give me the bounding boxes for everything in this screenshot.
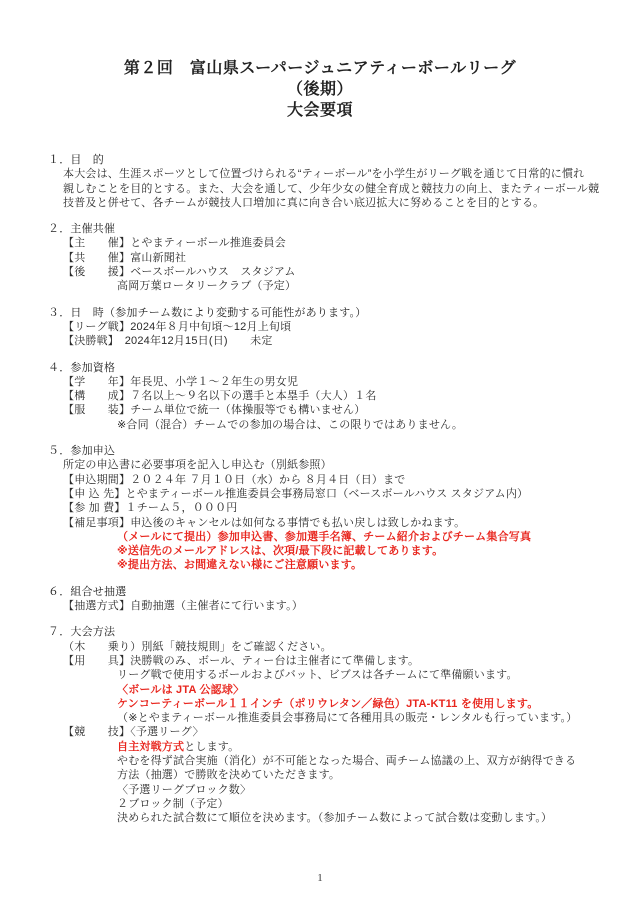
document-page: 第２回 富山県スーパージュニアティーボールリーグ （後期） 大会要項 １．目 的… — [0, 0, 640, 906]
section-heading: ２．主催共催 — [0, 222, 640, 236]
section-heading: １．目 的 — [0, 153, 640, 167]
section-heading: ４．参加資格 — [0, 361, 640, 375]
text-segment: 【参 加 費】１チーム５，０００円 — [63, 502, 238, 514]
text-line: 【リーグ戦】2024年８月中旬頃～12月上旬頃 — [0, 320, 640, 334]
text-line: 本大会は、生涯スポーツとして位置づけられる“ティーボール”を小学生がリーグ戦を通… — [0, 167, 640, 181]
section-heading: ３．日 時（参加チーム数により変動する可能性があります。） — [0, 306, 640, 320]
section-heading: ５．参加申込 — [0, 444, 640, 458]
text-line: （※とやまティーボール推進委員会事務局にて各種用具の販売・レンタルも行っています… — [0, 711, 640, 725]
red-emphasis-text: ※送信先のメールアドレスは、次項/最下段に記載してあります。 — [117, 545, 443, 557]
text-segment: やむを得ず試合実施（消化）が不可能となった場合、両チーム協議の上、双方が納得でき… — [117, 755, 576, 767]
text-line: リーグ戦で使用するボールおよびバット、ビブスは各チームにて準備願います。 — [0, 668, 640, 682]
section-heading: ６．組合せ抽選 — [0, 585, 640, 599]
text-line: 【申込期間】２０２４年 ７月１０日（水）から ８月４日（日）まで — [0, 473, 640, 487]
text-line: 【決勝戦】 2024年12月15日(日) 未定 — [0, 334, 640, 348]
text-line: 技普及と併せて、各チームが競技人口増加に真に向き合い底辺拡大に努めることを目的と… — [0, 196, 640, 210]
text-segment: 【後 援】ベースボールハウス スタジアム — [63, 266, 296, 278]
text-line: 方法（抽選）で勝敗を決めていただきます。 — [0, 768, 640, 782]
text-segment: （木 乗り）別紙「競技規則」をご確認ください。 — [63, 641, 332, 653]
text-line: ※提出方法、お間違えない様にご注意願います。 — [0, 558, 640, 572]
text-line: ２ブロック制（予定） — [0, 797, 640, 811]
text-line: 【後 援】ベースボールハウス スタジアム — [0, 265, 640, 279]
red-emphasis-text: 〈ボールは JTA 公認球〉 — [117, 684, 244, 696]
text-line: ※送信先のメールアドレスは、次項/最下段に記載してあります。 — [0, 544, 640, 558]
red-emphasis-text: 自主対戦方式 — [117, 741, 184, 753]
text-line: 【学 年】年長児、小学１～２年生の男女児 — [0, 375, 640, 389]
text-segment: 【用 具】決勝戦のみ、ボール、ティー台は主催者にて準備します。 — [63, 655, 419, 667]
text-line: 決められた試合数にて順位を決めます。（参加チーム数によって試合数は変動します。） — [0, 811, 640, 825]
text-line: やむを得ず試合実施（消化）が不可能となった場合、両チーム協議の上、双方が納得でき… — [0, 754, 640, 768]
text-line: 【共 催】富山新聞社 — [0, 251, 640, 265]
document-title: 第２回 富山県スーパージュニアティーボールリーグ （後期） 大会要項 — [0, 58, 640, 121]
text-segment: 高岡万葉ロータリークラブ（予定） — [117, 280, 296, 292]
text-line: 【競 技】〈予選リーグ〉 — [0, 725, 640, 739]
text-segment: ３．日 時（参加チーム数により変動する可能性があります。） — [48, 307, 366, 319]
text-segment: 【共 催】富山新聞社 — [63, 252, 186, 264]
text-line: ※合同（混合）チームでの参加の場合は、この限りではありません。 — [0, 418, 640, 432]
text-line: 所定の申込書に必要事項を記入し申込む（別紙参照） — [0, 458, 640, 472]
text-line: 【構 成】７名以上～９名以下の選手と本塁手（大人）１名 — [0, 389, 640, 403]
text-line: （メールにて提出）参加申込書、参加選手名簿、チーム紹介およびチーム集合写真 — [0, 530, 640, 544]
text-line: 【申 込 先】とやまティーボール推進委員会事務局窓口（ベースボールハウス スタジ… — [0, 487, 640, 501]
text-segment: ６．組合せ抽選 — [48, 586, 126, 598]
text-segment: 【リーグ戦】2024年８月中旬頃～12月上旬頃 — [63, 321, 291, 333]
text-segment: 決められた試合数にて順位を決めます。（参加チーム数によって試合数は変動します。） — [117, 812, 552, 824]
document-body: １．目 的本大会は、生涯スポーツとして位置づけられる“ティーボール”を小学生がリ… — [0, 153, 640, 825]
red-emphasis-text: ケンコーティーボール１１インチ（ポリウレタン／緑色）JTA-KT11 を使用しま… — [117, 698, 538, 710]
text-segment: １．目 的 — [48, 154, 104, 166]
text-segment: ４．参加資格 — [48, 362, 115, 374]
text-segment: ２．主催共催 — [48, 223, 115, 235]
text-line: 〈ボールは JTA 公認球〉 — [0, 683, 640, 697]
text-segment: 〈予選リーグブロック数〉 — [117, 784, 251, 796]
title-line-1: 第２回 富山県スーパージュニアティーボールリーグ — [0, 58, 640, 79]
text-segment: ５．参加申込 — [48, 445, 115, 457]
text-line: 【主 催】とやまティーボール推進委員会 — [0, 236, 640, 250]
text-segment: 【服 装】チーム単位で統一（体操服等でも構いません） — [63, 404, 365, 416]
text-line: 【参 加 費】１チーム５，０００円 — [0, 501, 640, 515]
text-line: 【用 具】決勝戦のみ、ボール、ティー台は主催者にて準備します。 — [0, 654, 640, 668]
text-segment: 親しむことを目的とする。また、大会を通して、少年少女の健全育成と競技力の向上、ま… — [63, 183, 599, 195]
text-segment: 【補足事項】申込後のキャンセルは如何なる事情でも払い戻しは致しかねます。 — [63, 517, 465, 529]
text-segment: 【構 成】７名以上～９名以下の選手と本塁手（大人）１名 — [63, 390, 377, 402]
page-number: 1 — [0, 872, 640, 884]
red-emphasis-text: ※提出方法、お間違えない様にご注意願います。 — [117, 559, 362, 571]
text-segment: （※とやまティーボール推進委員会事務局にて各種用具の販売・レンタルも行っています… — [117, 712, 577, 724]
text-segment: ※合同（混合）チームでの参加の場合は、この限りではありません。 — [117, 419, 463, 431]
text-line: 【抽選方式】自動抽選（主催者にて行います。） — [0, 599, 640, 613]
text-segment: 本大会は、生涯スポーツとして位置づけられる“ティーボール”を小学生がリーグ戦を通… — [63, 168, 584, 180]
text-segment: 方法（抽選）で勝敗を決めていただきます。 — [117, 769, 340, 781]
text-segment: 【学 年】年長児、小学１～２年生の男女児 — [63, 376, 298, 388]
text-segment: ２ブロック制（予定） — [117, 798, 229, 810]
text-line: 高岡万葉ロータリークラブ（予定） — [0, 279, 640, 293]
text-segment: 【競 技】〈予選リーグ〉 — [63, 726, 204, 738]
section-heading: ７．大会方法 — [0, 625, 640, 639]
text-line: 親しむことを目的とする。また、大会を通して、少年少女の健全育成と競技力の向上、ま… — [0, 182, 640, 196]
text-segment: 【主 催】とやまティーボール推進委員会 — [63, 237, 286, 249]
text-segment: とします。 — [184, 741, 239, 753]
text-line: 【補足事項】申込後のキャンセルは如何なる事情でも払い戻しは致しかねます。 — [0, 516, 640, 530]
text-segment: 【申 込 先】とやまティーボール推進委員会事務局窓口（ベースボールハウス スタジ… — [63, 488, 528, 500]
text-line: 【服 装】チーム単位で統一（体操服等でも構いません） — [0, 403, 640, 417]
title-line-2: （後期） — [0, 79, 640, 100]
red-emphasis-text: （メールにて提出）参加申込書、参加選手名簿、チーム紹介およびチーム集合写真 — [117, 531, 531, 543]
text-segment: ７．大会方法 — [48, 626, 115, 638]
text-segment: 【申込期間】２０２４年 ７月１０日（水）から ８月４日（日）まで — [63, 474, 406, 486]
text-segment: リーグ戦で使用するボールおよびバット、ビブスは各チームにて準備願います。 — [117, 669, 518, 681]
title-line-3: 大会要項 — [0, 100, 640, 121]
text-segment: 所定の申込書に必要事項を記入し申込む（別紙参照） — [63, 459, 332, 471]
text-segment: 【決勝戦】 2024年12月15日(日) 未定 — [63, 335, 273, 347]
text-segment: 技普及と併せて、各チームが競技人口増加に真に向き合い底辺拡大に努めることを目的と… — [63, 197, 544, 209]
text-line: （木 乗り）別紙「競技規則」をご確認ください。 — [0, 640, 640, 654]
text-line: ケンコーティーボール１１インチ（ポリウレタン／緑色）JTA-KT11 を使用しま… — [0, 697, 640, 711]
text-line: 自主対戦方式とします。 — [0, 740, 640, 754]
text-line: 〈予選リーグブロック数〉 — [0, 783, 640, 797]
text-segment: 【抽選方式】自動抽選（主催者にて行います。） — [63, 600, 303, 612]
